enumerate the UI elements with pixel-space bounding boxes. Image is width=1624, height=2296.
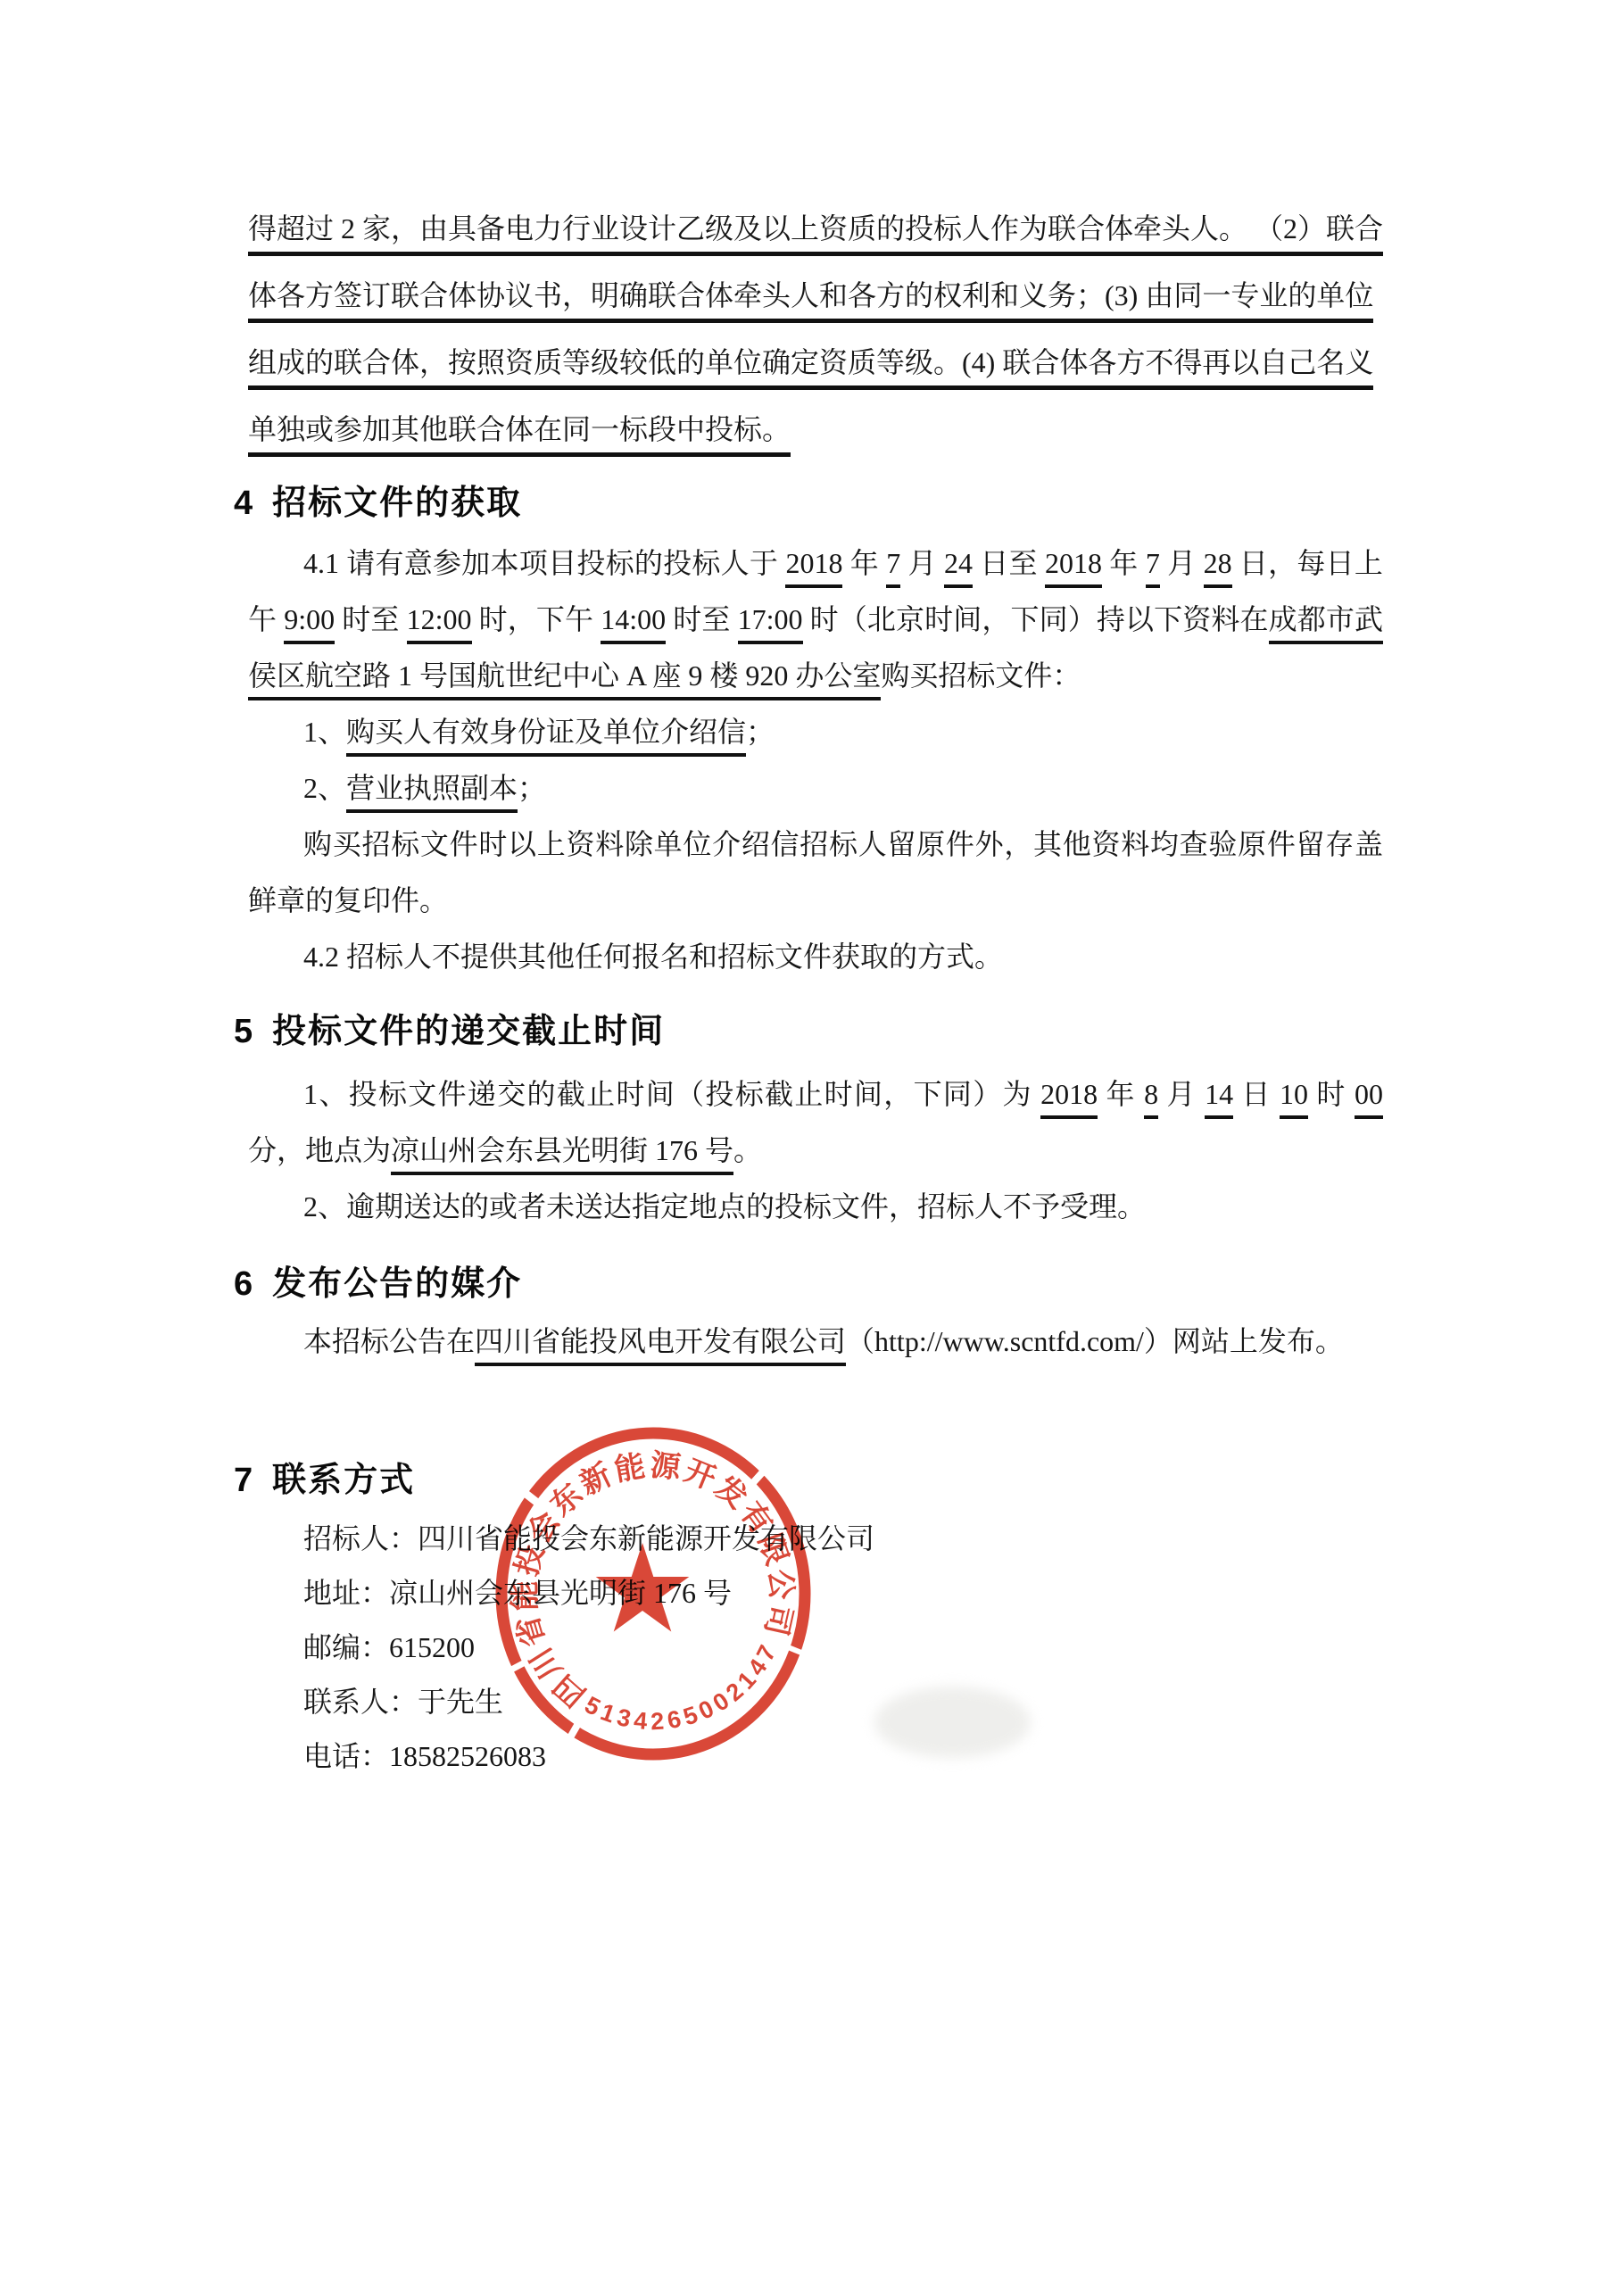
section4-heading: 4招标文件的获取 [234, 485, 522, 522]
underlined-text: 24 [944, 547, 973, 588]
underlined-text: 14:00 [601, 603, 666, 644]
section6-title: 发布公告的媒介 [272, 1265, 522, 1303]
text-segment: 时 [1308, 1078, 1355, 1110]
text-segment: 时，下午 [472, 603, 601, 635]
text-segment: 。 [733, 1134, 762, 1166]
section5-heading: 5投标文件的递交截止时间 [234, 1013, 665, 1050]
section6-number: 6 [234, 1265, 253, 1303]
underlined-text: 四川省能投风电开发有限公司 [475, 1325, 846, 1366]
text-segment: ； [746, 716, 775, 748]
text-segment: 联系人：于先生 [303, 1686, 503, 1718]
paragraph-6-1: 本招标公告在四川省能投风电开发有限公司（http://www.scntfd.co… [248, 1314, 1383, 1370]
text-segment: 月 [1158, 1078, 1205, 1110]
text-line: 得超过 2 家，由具备电力行业设计乙级及以上资质的投标人作为联合体牵头人。 （2… [248, 195, 1383, 262]
text-segment: 年 [1098, 1078, 1144, 1110]
underlined-text: 28 [1204, 547, 1232, 588]
text-segment: 1、 [303, 716, 346, 748]
document-page: 得超过 2 家，由具备电力行业设计乙级及以上资质的投标人作为联合体牵头人。 （2… [0, 0, 1624, 2296]
underlined-text: 单独或参加其他联合体在同一标段中投标。 [248, 413, 791, 457]
text-segment: 本招标公告在 [303, 1325, 475, 1357]
text-segment: （http://www.scntfd.com/）网站上发布。 [846, 1325, 1344, 1357]
text-segment: 时至 [335, 603, 406, 635]
underlined-text: 9:00 [284, 603, 335, 644]
underlined-text: 营业执照副本 [346, 772, 518, 813]
underlined-text: 2018 [1045, 547, 1102, 588]
underlined-text: 凉山州会东县光明街 176 号 [391, 1134, 733, 1175]
text-segment: 邮编：615200 [303, 1631, 475, 1663]
underlined-text: 2018 [1040, 1078, 1098, 1119]
section5-title: 投标文件的递交截止时间 [272, 1013, 665, 1050]
section5-number: 5 [234, 1013, 253, 1050]
text-line: 体各方签订联合体协议书，明确联合体牵头人和各方的权利和义务；(3) 由同一专业的… [248, 262, 1383, 329]
section4-title: 招标文件的获取 [272, 485, 522, 522]
text-segment: 2、 [303, 772, 346, 804]
section7-heading: 7联系方式 [234, 1462, 415, 1499]
section6-heading: 6发布公告的媒介 [234, 1265, 522, 1303]
list-item-1: 1、购买人有效身份证及单位介绍信； [248, 704, 1383, 760]
text-segment: 日至 [973, 547, 1045, 579]
underlined-text: 14 [1205, 1078, 1233, 1119]
text-segment: 月 [900, 547, 944, 579]
section7-number: 7 [234, 1462, 253, 1499]
underlined-text: 8 [1144, 1078, 1158, 1119]
text-segment: 分，地点为 [248, 1134, 391, 1166]
paragraph-5-1: 1、投标文件递交的截止时间（投标截止时间，下同）为 2018 年 8 月 14 … [248, 1066, 1383, 1179]
section7-title: 联系方式 [272, 1462, 415, 1499]
underlined-text: 体各方签订联合体协议书，明确联合体牵头人和各方的权利和义务；(3) 由同一专业的… [248, 279, 1373, 323]
carryover-paragraph: 得超过 2 家，由具备电力行业设计乙级及以上资质的投标人作为联合体牵头人。 （2… [248, 195, 1383, 463]
list-item-2: 2、营业执照副本； [248, 760, 1383, 816]
underlined-text: 7 [1146, 547, 1160, 588]
underlined-text: 00 [1355, 1078, 1383, 1119]
text-segment: 月 [1160, 547, 1204, 579]
text-segment: 时至 [666, 603, 737, 635]
star-icon [596, 1543, 690, 1632]
text-segment: 1、投标文件递交的截止时间（投标截止时间，下同）为 [303, 1078, 1040, 1110]
text-line: 单独或参加其他联合体在同一标段中投标。 [248, 396, 1383, 463]
underlined-text: 组成的联合体，按照资质等级较低的单位确定资质等级。(4) 联合体各方不得再以自己… [248, 346, 1373, 390]
underlined-text: 17:00 [738, 603, 803, 644]
underlined-text: 购买人有效身份证及单位介绍信 [346, 716, 746, 757]
text-segment: 年 [1102, 547, 1146, 579]
underlined-text: 得超过 2 家，由具备电力行业设计乙级及以上资质的投标人作为联合体牵头人。 （2… [248, 212, 1383, 256]
text-segment: 日 [1233, 1078, 1280, 1110]
scan-smudge [874, 1687, 1031, 1758]
text-segment: ； [518, 772, 546, 804]
text-segment: 购买招标文件： [881, 659, 1081, 692]
text-segment: 4.1 请有意参加本项目投标的投标人于 [303, 547, 785, 579]
underlined-text: 10 [1280, 1078, 1308, 1119]
underlined-text: 12:00 [407, 603, 472, 644]
company-seal: 四川省能投会东新能源开发有限公司 5134265002147 [479, 1413, 836, 1787]
underlined-text: 7 [886, 547, 900, 588]
paragraph-4-2: 4.2 招标人不提供其他任何报名和招标文件获取的方式。 [248, 929, 1383, 985]
paragraph-5-2: 2、逾期送达的或者未送达指定地点的投标文件，招标人不予受理。 [248, 1179, 1383, 1235]
paragraph-4-1: 4.1 请有意参加本项目投标的投标人于 2018 年 7 月 24 日至 201… [248, 535, 1383, 704]
underlined-text: 2018 [785, 547, 842, 588]
paragraph-purchase-note: 购买招标文件时以上资料除单位介绍信招标人留原件外，其他资料均查验原件留存盖鲜章的… [248, 816, 1383, 929]
section4-number: 4 [234, 485, 253, 522]
text-segment: 时（北京时间，下同）持以下资料在 [803, 603, 1269, 635]
text-line: 组成的联合体，按照资质等级较低的单位确定资质等级。(4) 联合体各方不得再以自己… [248, 329, 1383, 396]
text-segment: 年 [842, 547, 886, 579]
